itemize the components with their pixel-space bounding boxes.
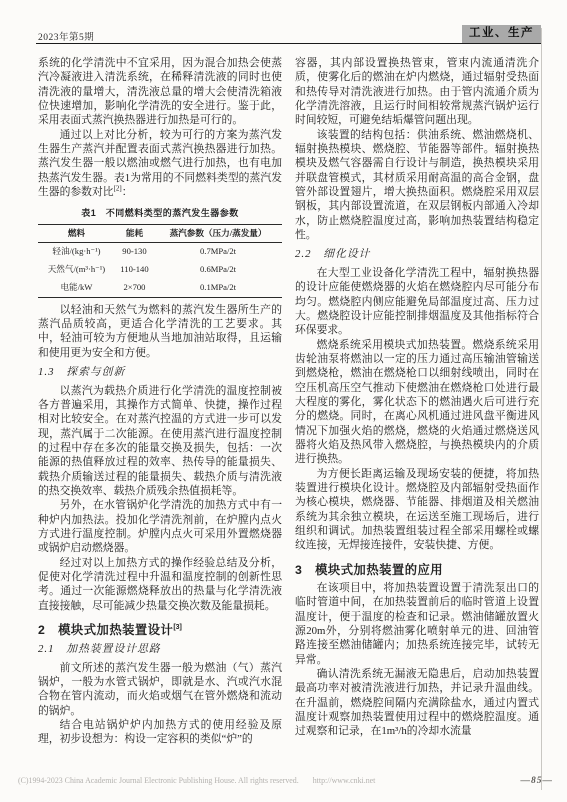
paragraph: 以轻油和天然气为燃料的蒸汽发生器所生产的蒸汽品质较高，更适合化学清洗的工艺要求。… bbox=[38, 303, 282, 360]
subsection-heading-1-3: 1.3 探索与创新 bbox=[38, 365, 282, 379]
table-cell: 电能/kW bbox=[38, 279, 115, 298]
paragraph: 经过对以上加热方式的操作经验总结及分析，促使对化学清洗过程中升温和温度控制的创新… bbox=[38, 556, 282, 613]
citation-ref: [3] bbox=[173, 624, 182, 631]
paragraph-text: ： bbox=[122, 186, 133, 198]
paragraph: 通过以上对比分析，较为可行的方案为蒸汽发生器生产蒸汽并配置表面式蒸汽换热器进行加… bbox=[38, 128, 282, 200]
paragraph: 前文所述的蒸汽发生器一般为燃油（气）蒸汽锅炉，一般为水管式锅炉，即就是水、汽或汽… bbox=[38, 661, 282, 718]
table-row: 天然气/(m³·h⁻¹) 110-140 0.6MPa/2t bbox=[38, 261, 282, 279]
paragraph: 为方便长距离运输及现场安装的便捷，将加热装置进行模块化设计。燃烧腔及内部辐射受热… bbox=[295, 467, 539, 553]
page-edge-line bbox=[541, 28, 542, 790]
paragraph-text: 通过以上对比分析，较为可行的方案为蒸汽发生器生产蒸汽并配置表面式蒸汽换热器进行加… bbox=[38, 129, 282, 198]
table-header-cell: 蒸汽参数（压力/蒸发量） bbox=[154, 224, 282, 242]
section-heading-2: 2 模块式加热装置设计[3] bbox=[38, 623, 282, 637]
citation-ref: [2] bbox=[114, 185, 122, 193]
subsection-heading-2-1: 2.1 加热装置设计思路 bbox=[38, 642, 282, 656]
issue-label: 2023年第5期 bbox=[38, 29, 94, 43]
table-caption: 表1 不同燃料类型的蒸汽发生器参数 bbox=[38, 206, 282, 220]
table-cell: 2×700 bbox=[115, 279, 154, 298]
paragraph: 在该项目中，将加热装置设置于清洗泵出口的临时管道中间，在加热装置前后的临时管道上… bbox=[295, 581, 539, 667]
copyright-text: (C)1994-2023 China Academic Journal Elec… bbox=[18, 776, 299, 785]
paragraph: 结合电站锅炉炉内加热方式的使用经验及原理，初步设想为：构设一定容积的类似“炉”的 bbox=[38, 718, 282, 747]
paragraph: 在大型工业设备化学清洗工程中，辐射换热器的设计应能使燃烧器的火焰在燃烧腔内尽可能… bbox=[295, 266, 539, 338]
page-number: —85— bbox=[521, 776, 554, 786]
paragraph: 以蒸汽为载热介质进行化学清洗的温度控制被各方普遍采用，其操作方式简单、快捷，操作… bbox=[38, 384, 282, 499]
table-cell: 0.1MPa/2t bbox=[154, 279, 282, 298]
table-cell: 0.7MPa/2t bbox=[154, 242, 282, 261]
paragraph: 另外，在水管锅炉化学清洗的加热方式中有一种炉内加热法。投加化学清洗剂前，在炉膛内… bbox=[38, 498, 282, 555]
journal-page: 2023年第5期 工业、生产 系统的化学清洗中不宜采用，因为混合加热会使蒸汽冷凝… bbox=[0, 0, 567, 802]
paragraph: 燃烧系统采用模块式加热装置。燃烧系统采用齿轮油泵将燃油以一定的压力通过高压输油管… bbox=[295, 338, 539, 467]
table-cell: 90-130 bbox=[115, 242, 154, 261]
table-row: 轻油/(kg·h⁻¹) 90-130 0.7MPa/2t bbox=[38, 242, 282, 261]
fuel-table: 燃料 能耗 蒸汽参数（压力/蒸发量） 轻油/(kg·h⁻¹) 90-130 0.… bbox=[38, 224, 282, 298]
table-cell: 110-140 bbox=[115, 261, 154, 279]
table-header-cell: 燃料 bbox=[38, 224, 115, 242]
section-heading-3: 3 模块式加热装置的应用 bbox=[295, 563, 539, 577]
section-badge: 工业、生产 bbox=[462, 25, 541, 43]
left-column: 系统的化学清洗中不宜采用，因为混合加热会使蒸汽冷凝液进入清洗系统，在稀释清洗液的… bbox=[38, 56, 282, 747]
table-cell: 0.6MPa/2t bbox=[154, 261, 282, 279]
table-header-row: 燃料 能耗 蒸汽参数（压力/蒸发量） bbox=[38, 224, 282, 242]
table-header-cell: 能耗 bbox=[115, 224, 154, 242]
paragraph: 系统的化学清洗中不宜采用，因为混合加热会使蒸汽冷凝液进入清洗系统，在稀释清洗液的… bbox=[38, 56, 282, 128]
journal-url: http://www.cnki.net bbox=[313, 776, 376, 785]
right-column: 容器，其内部设置换热管束，管束内流通清洗介质，使雾化后的燃油在炉内燃烧，通过辐射… bbox=[295, 56, 539, 747]
table-row: 电能/kW 2×700 0.1MPa/2t bbox=[38, 279, 282, 298]
page-content: 系统的化学清洗中不宜采用，因为混合加热会使蒸汽冷凝液进入清洗系统，在稀释清洗液的… bbox=[38, 56, 539, 747]
page-footer: (C)1994-2023 China Academic Journal Elec… bbox=[18, 776, 553, 786]
table-cell: 天然气/(m³·h⁻¹) bbox=[38, 261, 115, 279]
header-rule bbox=[36, 43, 541, 44]
paragraph: 该装置的结构包括：供油系统、燃油燃烧机、辐射换热模块、燃烧腔、节能器等部件。辐射… bbox=[295, 128, 539, 243]
paragraph: 容器，其内部设置换热管束，管束内流通清洗介质，使雾化后的燃油在炉内燃烧，通过辐射… bbox=[295, 56, 539, 128]
heading-text: 2 模块式加热装置设计 bbox=[38, 623, 173, 637]
subsection-heading-2-2: 2.2 细化设计 bbox=[295, 247, 539, 261]
paragraph: 确认清洗系统无漏液无隐患后，启动加热装置最高功率对被清洗液进行加热，并记录升温曲… bbox=[295, 667, 539, 739]
table-cell: 轻油/(kg·h⁻¹) bbox=[38, 242, 115, 261]
